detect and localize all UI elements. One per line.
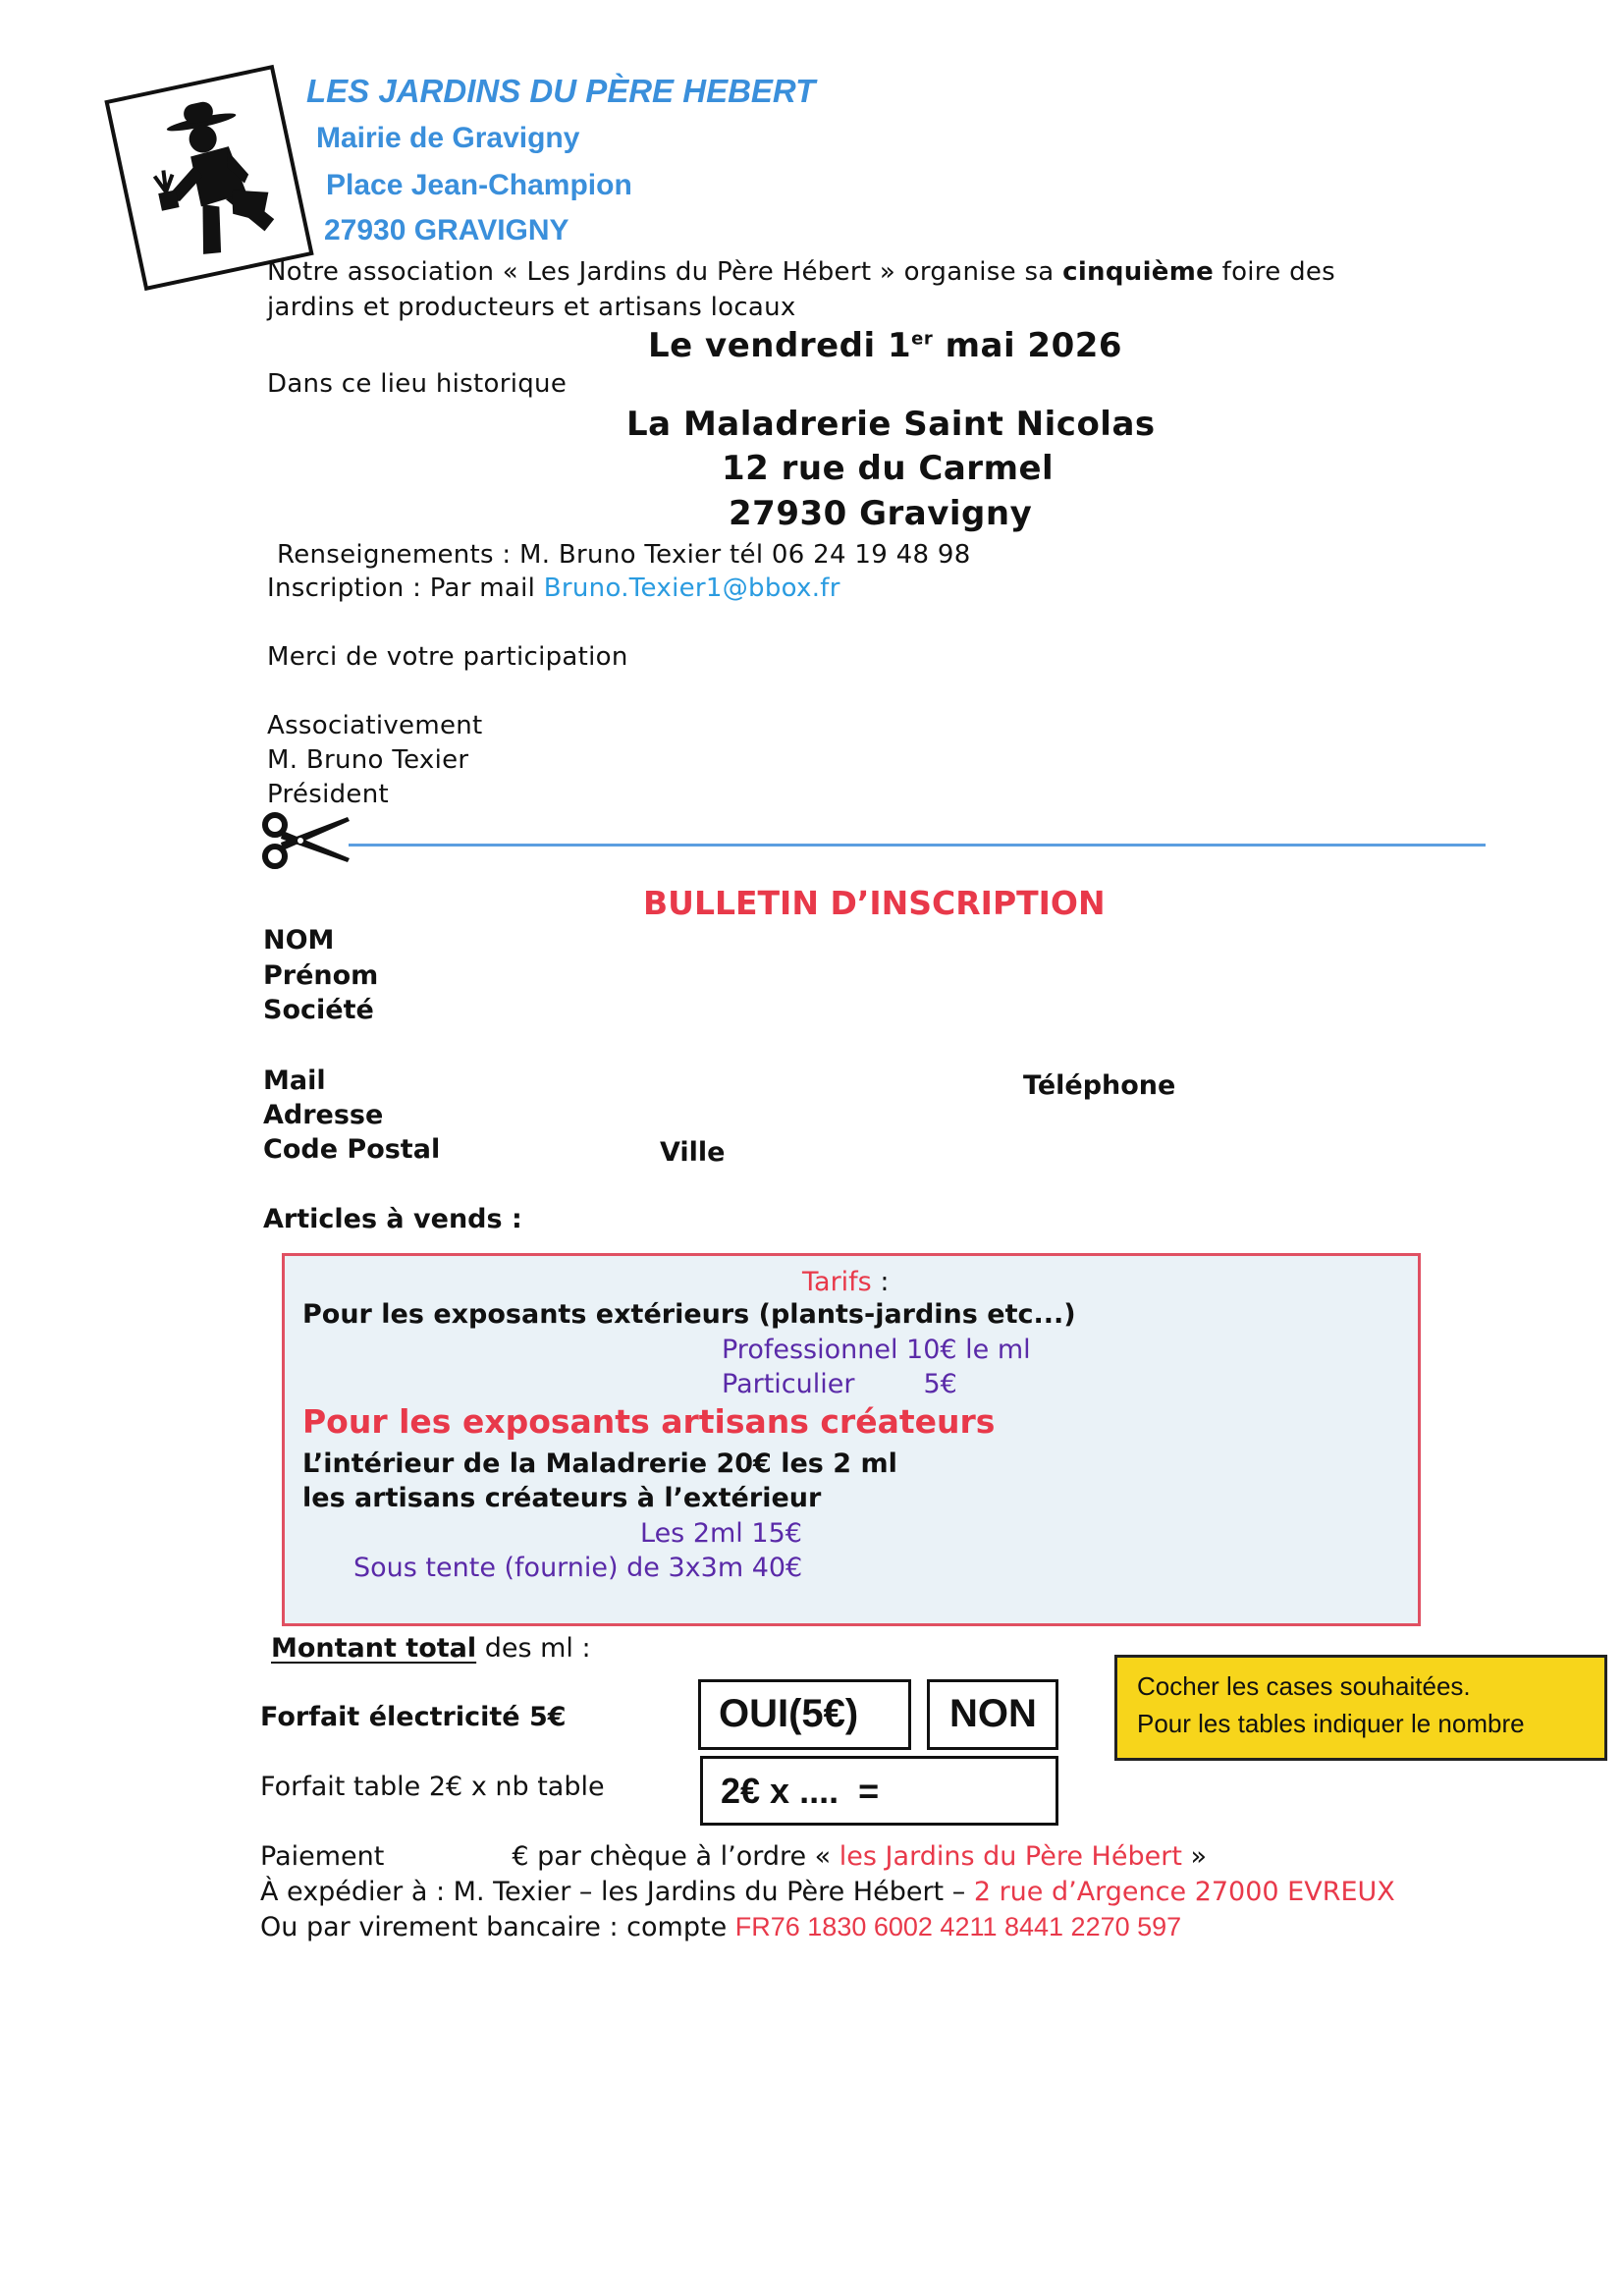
signature-line2: M. Bruno Texier (267, 745, 468, 775)
oui-label: OUI(5€) (719, 1692, 858, 1736)
tarif-particulier-price: 5€ (923, 1369, 956, 1399)
tarif-particulier-label: Particulier (722, 1369, 854, 1399)
send-to-address: 2 rue d’Argence 27000 EVREUX (974, 1877, 1395, 1907)
non-checkbox[interactable]: NON (927, 1679, 1058, 1750)
payment-quote-close: » (1182, 1841, 1207, 1872)
field-ville-label: Ville (660, 1137, 726, 1168)
venue-city: 27930 Gravigny (729, 494, 1032, 533)
electricite-label: Forfait électricité 5€ (260, 1702, 567, 1732)
event-date-month: mai 2026 (933, 326, 1122, 365)
field-societe-label: Société (263, 995, 374, 1025)
event-date: Le vendredi 1er mai 2026 (648, 326, 1122, 365)
field-articles-label: Articles à vends : (263, 1204, 522, 1234)
tarif-particulier: Particulier5€ (722, 1369, 957, 1399)
tarifs-heading-colon: : (872, 1267, 890, 1297)
tarifs-heading: Tarifs : (802, 1267, 889, 1297)
signature-line1: Associativement (267, 711, 483, 740)
inscription-line: Inscription : Par mail Bruno.Texier1@bbo… (267, 574, 840, 603)
field-telephone-label: Téléphone (1023, 1070, 1175, 1101)
instructions-note: Cocher les cases souhaitées. Pour les ta… (1114, 1655, 1607, 1761)
table-count-text: 2€ x .... = (721, 1771, 879, 1812)
tarif-2ml: Les 2ml 15€ (640, 1518, 802, 1549)
table-count-input[interactable]: 2€ x .... = (700, 1756, 1058, 1826)
org-address-line2: Place Jean-Champion (326, 169, 632, 202)
tarifs-artisans-exterieur: les artisans créateurs à l’extérieur (302, 1483, 821, 1513)
intro-paragraph-line1: Notre association « Les Jardins du Père … (267, 257, 1335, 287)
tarifs-exterieur-heading: Pour les exposants extérieurs (plants-ja… (302, 1299, 1076, 1330)
org-address-line1: Mairie de Gravigny (316, 122, 579, 155)
montant-total-label: Montant total (271, 1633, 476, 1664)
field-nom-label: NOM (263, 925, 334, 956)
bank-iban: FR76 1830 6002 4211 8441 2270 597 (735, 1912, 1181, 1941)
oui-checkbox[interactable]: OUI(5€) (698, 1679, 911, 1750)
event-date-suffix: er (911, 329, 933, 350)
table-label: Forfait table 2€ x nb table (260, 1772, 605, 1802)
venue-street: 12 rue du Carmel (722, 449, 1054, 488)
field-prenom-label: Prénom (263, 960, 378, 991)
send-to-label: À expédier à : M. Texier – les Jardins d… (260, 1877, 974, 1907)
payment-line3: Ou par virement bancaire : compte FR76 1… (260, 1912, 1181, 1942)
field-code-postal-label: Code Postal (263, 1134, 440, 1165)
tarif-tente: Sous tente (fournie) de 3x3m 40€ (353, 1553, 802, 1583)
tarif-interieur: L’intérieur de la Maladrerie 20€ les 2 m… (302, 1448, 897, 1479)
venue-name: La Maladrerie Saint Nicolas (626, 405, 1156, 444)
non-label: NON (949, 1692, 1037, 1736)
info-contact: Renseignements : M. Bruno Texier tél 06 … (277, 540, 971, 570)
tarifs-artisans-heading: Pour les exposants artisans créateurs (302, 1402, 995, 1441)
scissors-icon (261, 811, 354, 870)
thanks-text: Merci de votre participation (267, 642, 628, 672)
payment-label: Paiement (260, 1841, 384, 1872)
form-title: BULLETIN D’INSCRIPTION (643, 884, 1106, 922)
intro-text-end: foire des (1214, 257, 1335, 287)
intro-emphasis: cinquième (1062, 257, 1214, 287)
org-address-line3: 27930 GRAVIGNY (324, 214, 569, 247)
inscription-email-link[interactable]: Bruno.Texier1@bbox.fr (544, 574, 840, 603)
intro-text: Notre association « Les Jardins du Père … (267, 257, 1062, 287)
org-title: LES JARDINS DU PÈRE HEBERT (306, 73, 815, 110)
tarif-professionnel: Professionnel 10€ le ml (722, 1335, 1031, 1365)
payment-cheque-text: € par chèque à l’ordre « (512, 1841, 839, 1872)
signature-line3: Président (267, 780, 389, 809)
montant-total: Montant total des ml : (271, 1633, 591, 1664)
field-adresse-label: Adresse (263, 1100, 383, 1130)
note-line2: Pour les tables indiquer le nombre (1137, 1709, 1525, 1739)
event-date-day: Le vendredi 1 (648, 326, 911, 365)
bank-transfer-label: Ou par virement bancaire : compte (260, 1912, 735, 1942)
payment-line1: Paiement€ par chèque à l’ordre « les Jar… (260, 1841, 1207, 1872)
venue-intro: Dans ce lieu historique (267, 369, 567, 399)
tarifs-heading-text: Tarifs (802, 1267, 872, 1297)
note-line1: Cocher les cases souhaitées. (1137, 1671, 1471, 1702)
montant-total-suffix: des ml : (476, 1633, 590, 1664)
payment-line2: À expédier à : M. Texier – les Jardins d… (260, 1877, 1395, 1907)
payment-payee: les Jardins du Père Hébert (839, 1841, 1182, 1872)
intro-paragraph-line2: jardins et producteurs et artisans locau… (267, 293, 796, 322)
field-mail-label: Mail (263, 1066, 326, 1096)
inscription-label: Inscription : Par mail (267, 574, 544, 603)
cut-line (349, 844, 1486, 847)
